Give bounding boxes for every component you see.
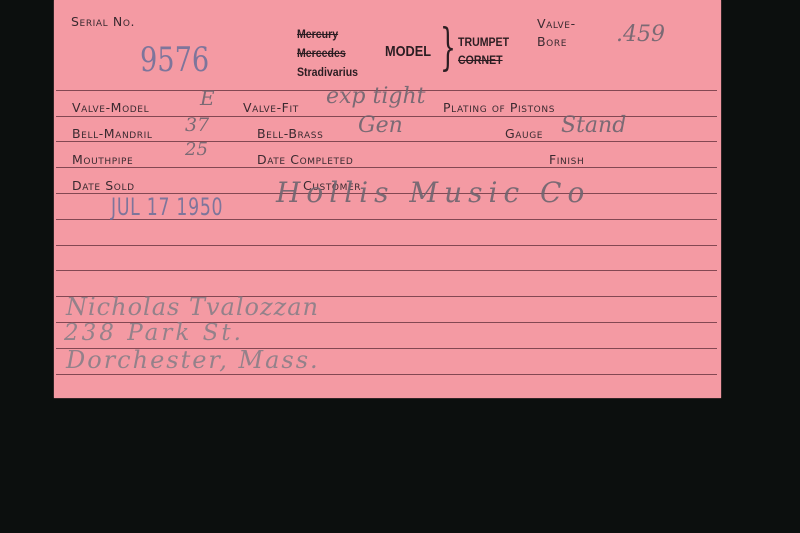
- instrument-option-trumpet: TRUMPET: [458, 35, 509, 49]
- rule-line: [56, 270, 717, 271]
- brace-icon: }: [440, 22, 456, 72]
- gauge-label: Gauge: [505, 126, 543, 141]
- mouthpipe-label: Mouthpipe: [72, 152, 133, 167]
- mouthpipe-value: 25: [185, 139, 208, 160]
- note-line-name: Nicholas Tvalozzan: [66, 293, 319, 321]
- bell-mandril-label: Bell-Mandril: [72, 126, 153, 141]
- gauge-value: Stand: [561, 113, 626, 138]
- valve-bore-label-line2: Bore: [537, 34, 567, 49]
- serial-value: 9576: [140, 40, 209, 80]
- rule-line: [56, 141, 717, 142]
- rule-line: [56, 167, 717, 168]
- bell-mandril-value: 37: [185, 114, 209, 136]
- rule-line: [56, 245, 717, 246]
- date-completed-label: Date Completed: [257, 152, 353, 167]
- rule-line: [56, 374, 717, 375]
- valve-model-label: Valve-Model: [72, 100, 149, 115]
- customer-value: Hollis Music Co: [276, 176, 590, 209]
- valve-fit-value: exp tight: [326, 84, 425, 109]
- valve-fit-label: Valve-Fit: [243, 100, 299, 115]
- note-line-street: 238 Park St.: [64, 320, 244, 346]
- instrument-record-card: Serial No. 9576 Mercury Mercedes Stradiv…: [54, 0, 721, 398]
- instrument-option-cornet: CORNET: [458, 53, 503, 67]
- valve-bore-label-line1: Valve-: [537, 16, 576, 31]
- model-option-stradivarius: Stradivarius: [297, 65, 358, 79]
- date-sold-label: Date Sold: [72, 178, 135, 193]
- valve-model-value: E: [200, 86, 215, 110]
- bell-brass-label: Bell-Brass: [257, 126, 323, 141]
- plating-of-pistons-label: Plating of Pistons: [443, 100, 555, 115]
- date-sold-stamp: JUL 17 1950: [111, 193, 223, 221]
- model-label: MODEL: [385, 43, 431, 60]
- serial-label: Serial No.: [71, 14, 135, 29]
- finish-label: Finish: [549, 152, 584, 167]
- model-option-mercury: Mercury: [297, 27, 338, 41]
- valve-bore-value: .459: [616, 22, 665, 47]
- model-option-mercedes: Mercedes: [297, 46, 346, 60]
- note-line-city: Dorchester, Mass.: [66, 346, 320, 374]
- bell-brass-value: Gen: [358, 113, 403, 138]
